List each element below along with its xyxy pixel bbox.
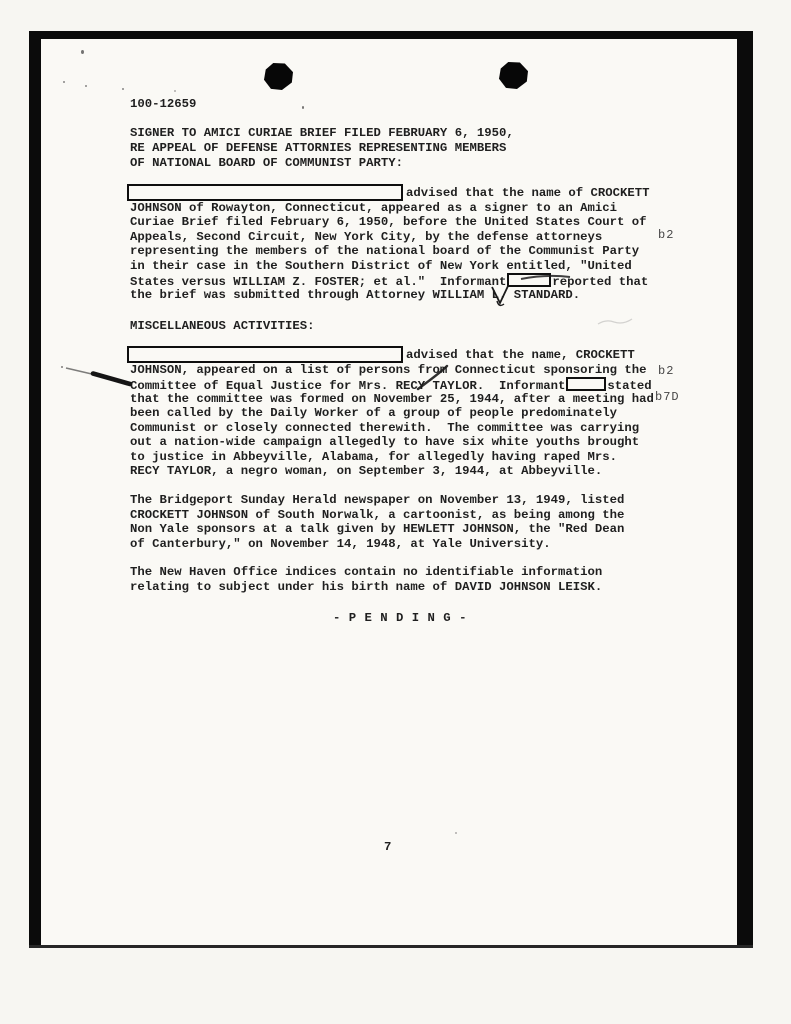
section-title-miscellaneous: MISCELLANEOUS ACTIVITIES:	[130, 319, 314, 333]
scan-frame-bottom	[29, 945, 753, 948]
subject-heading: SIGNER TO AMICI CURIAE BRIEF FILED FEBRU…	[130, 126, 514, 170]
text-line: of Canterbury," on November 14, 1948, at…	[130, 537, 624, 552]
redaction-box	[507, 273, 551, 287]
scan-speck	[81, 50, 84, 54]
text-line: Non Yale sponsors at a talk given by HEW…	[130, 522, 624, 537]
text-line: Appeals, Second Circuit, New York City, …	[130, 230, 650, 245]
text-line: advised that the name of CROCKETT	[127, 186, 650, 201]
text-segment: Committee of Equal Justice for Mrs. RECY…	[130, 379, 565, 393]
text-line: been called by the Daily Worker of a gro…	[130, 406, 654, 421]
heading-line: OF NATIONAL BOARD OF COMMUNIST PARTY:	[130, 156, 514, 171]
text-line: representing the members of the national…	[130, 244, 650, 259]
paragraph-bridgeport-herald: The Bridgeport Sunday Herald newspaper o…	[130, 493, 624, 551]
text-line: CROCKETT JOHNSON of South Norwalk, a car…	[130, 508, 624, 523]
paragraph-recy-taylor-committee: advised that the name, CROCKETT JOHNSON,…	[130, 348, 654, 479]
heading-line: RE APPEAL OF DEFENSE ATTORNIES REPRESENT…	[130, 141, 514, 156]
pending-status: - P E N D I N G -	[333, 611, 467, 625]
text-line: JOHNSON, appeared on a list of persons f…	[130, 363, 654, 378]
foia-exemption-code-b2: b2	[658, 228, 674, 242]
text-line: JOHNSON of Rowayton, Connecticut, appear…	[130, 201, 650, 216]
foia-exemption-code-b7d: b7D	[655, 390, 680, 404]
text-line: in their case in the Southern District o…	[130, 259, 650, 274]
text-segment: advised that the name of CROCKETT	[406, 186, 650, 201]
text-segment: advised that the name, CROCKETT	[406, 348, 635, 363]
scan-frame-right	[737, 31, 753, 948]
text-line: The Bridgeport Sunday Herald newspaper o…	[130, 493, 624, 508]
scan-speck	[63, 81, 65, 83]
page-number: 7	[384, 840, 391, 854]
scan-frame-left	[29, 31, 41, 948]
file-number: 100-12659	[130, 97, 196, 111]
text-line: The New Haven Office indices contain no …	[130, 565, 602, 580]
scan-speck	[85, 85, 87, 87]
scan-speck	[122, 88, 124, 90]
heading-line: SIGNER TO AMICI CURIAE BRIEF FILED FEBRU…	[130, 126, 514, 141]
redaction-box	[127, 346, 403, 363]
text-line: RECY TAYLOR, a negro woman, on September…	[130, 464, 654, 479]
text-segment: stated	[607, 379, 651, 393]
text-segment: reported that	[552, 275, 648, 289]
text-line: States versus WILLIAM Z. FOSTER; et al."…	[130, 273, 650, 288]
scan-speck	[455, 832, 457, 834]
text-line: advised that the name, CROCKETT	[127, 348, 654, 363]
redaction-box	[566, 377, 606, 391]
text-line: that the committee was formed on Novembe…	[130, 392, 654, 407]
paragraph-amici-curiae: advised that the name of CROCKETT JOHNSO…	[130, 186, 650, 302]
text-line: out a nation-wide campaign allegedly to …	[130, 435, 654, 450]
foia-exemption-code-b2: b2	[658, 364, 674, 378]
text-line: relating to subject under his birth name…	[130, 580, 602, 595]
paragraph-new-haven-indices: The New Haven Office indices contain no …	[130, 565, 602, 594]
text-segment: States versus WILLIAM Z. FOSTER; et al."…	[130, 275, 506, 289]
text-line: Committee of Equal Justice for Mrs. RECY…	[130, 377, 654, 392]
text-line: Communist or closely connected therewith…	[130, 421, 654, 436]
redaction-box	[127, 184, 403, 201]
scan-speck	[174, 90, 176, 92]
text-line: the brief was submitted through Attorney…	[130, 288, 650, 303]
scan-frame-top	[29, 31, 753, 39]
scan-speck	[302, 106, 304, 109]
scanned-document-page: 100-12659 SIGNER TO AMICI CURIAE BRIEF F…	[0, 0, 791, 1024]
text-line: Curiae Brief filed February 6, 1950, bef…	[130, 215, 650, 230]
text-line: to justice in Abbeyville, Alabama, for a…	[130, 450, 654, 465]
paper-background	[41, 39, 737, 945]
